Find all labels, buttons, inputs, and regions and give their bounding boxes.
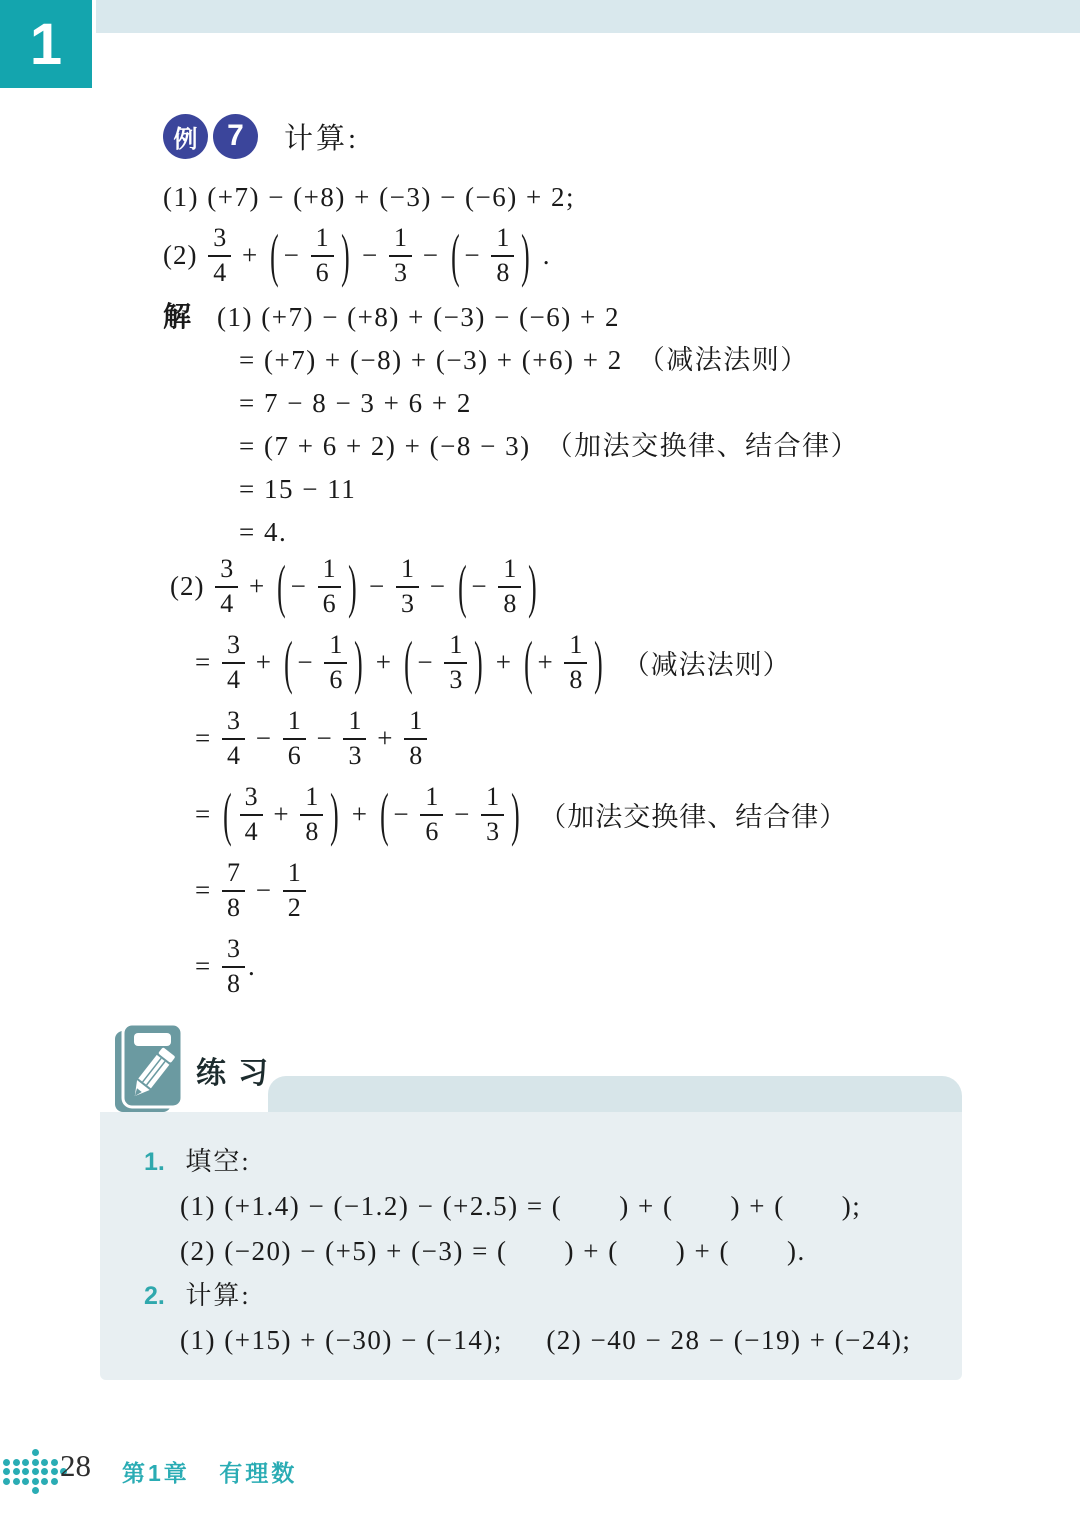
practice-header-band <box>268 1076 962 1112</box>
exercise-item: (1) (+1.4) − (−1.2) − (+2.5) = ( ) + ( )… <box>180 1184 962 1229</box>
example-prompt: 计算: <box>284 116 359 157</box>
practice-box: 1. 填空: (1) (+1.4) − (−1.2) − (+2.5) = ( … <box>100 1112 962 1380</box>
exercise-2-heading: 2. 计算: <box>144 1274 962 1318</box>
solution-step: = 78 − 12 <box>170 852 847 928</box>
example-header: 例 7 计算: <box>163 112 575 160</box>
exercise-item: (1) (+15) + (−30) − (−14); (2) −40 − 28 … <box>180 1318 962 1363</box>
textbook-page: 1 例 7 计算: (1) (+7) − (+8) + (−3) − (−6) … <box>0 0 1080 1526</box>
notebook-pencil-icon <box>114 1022 188 1114</box>
solution-label: 解 <box>163 295 191 335</box>
solution-part2: (2) 34 + (− 16) − 13 − (− 18) = 34 + (− … <box>170 548 847 1004</box>
exercise-title: 填空: <box>185 1147 250 1176</box>
solution-step: = (7 + 6 + 2) + (−8 − 3) （加法交换律、结合律） <box>163 425 859 468</box>
exercise-1-heading: 1. 填空: <box>144 1140 962 1184</box>
example-section: 例 7 计算: (1) (+7) − (+8) + (−3) − (−6) + … <box>163 112 575 291</box>
exercise-number: 2. <box>144 1282 165 1310</box>
chapter-tab: 1 <box>0 0 92 88</box>
solution-part1: 解 (1) (+7) − (+8) + (−3) − (−6) + 2 = (+… <box>163 295 859 554</box>
exercise-1-items: (1) (+1.4) − (−1.2) − (+2.5) = ( ) + ( )… <box>180 1184 962 1274</box>
problem-2: (2) 34 + (− 16) − 13 − (− 18) . <box>163 219 575 291</box>
solution-restated-expression: (1) (+7) − (+8) + (−3) − (−6) + 2 <box>217 296 620 339</box>
example-number-badge: 7 <box>213 114 258 159</box>
chapter-label: 第1章 <box>122 1460 190 1486</box>
solution-step: = 15 − 11 <box>163 468 859 511</box>
problem-1: (1) (+7) − (+8) + (−3) − (−6) + 2; <box>163 176 575 219</box>
exercise-2-items: (1) (+15) + (−30) − (−14); (2) −40 − 28 … <box>180 1318 962 1363</box>
solution-part1-steps: = (+7) + (−8) + (−3) + (+6) + 2 （减法法则） =… <box>163 339 859 554</box>
solution-step: = 7 − 8 − 3 + 6 + 2 <box>163 382 859 425</box>
footer-chapter: 第1章 有理数 <box>122 1455 297 1488</box>
chapter-title: 有理数 <box>219 1460 297 1486</box>
solution-step: = 38. <box>170 928 847 1004</box>
solution-step: = 34 − 16 − 13 + 18 <box>170 700 847 776</box>
solution-step: = 34 + (− 16) + (− 13) + (+ 18) （减法法则） <box>170 624 847 700</box>
exercise-title: 计算: <box>185 1281 250 1310</box>
solution-step: = (34 + 18) + (− 16 − 13) （加法交换律、结合律） <box>170 776 847 852</box>
page-number: 28 <box>60 1448 91 1484</box>
top-banner <box>96 0 1080 33</box>
solution-first-line: 解 (1) (+7) − (+8) + (−3) − (−6) + 2 <box>163 295 859 339</box>
solution-step: = (+7) + (−8) + (−3) + (+6) + 2 （减法法则） <box>163 339 859 382</box>
example-badge: 例 <box>163 114 208 159</box>
practice-title: 练习 <box>196 1048 280 1092</box>
solution-step: (2) 34 + (− 16) − 13 − (− 18) <box>170 548 847 624</box>
exercise-number: 1. <box>144 1148 165 1176</box>
exercise-item: (2) (−20) − (+5) + (−3) = ( ) + ( ) + ( … <box>180 1229 962 1274</box>
